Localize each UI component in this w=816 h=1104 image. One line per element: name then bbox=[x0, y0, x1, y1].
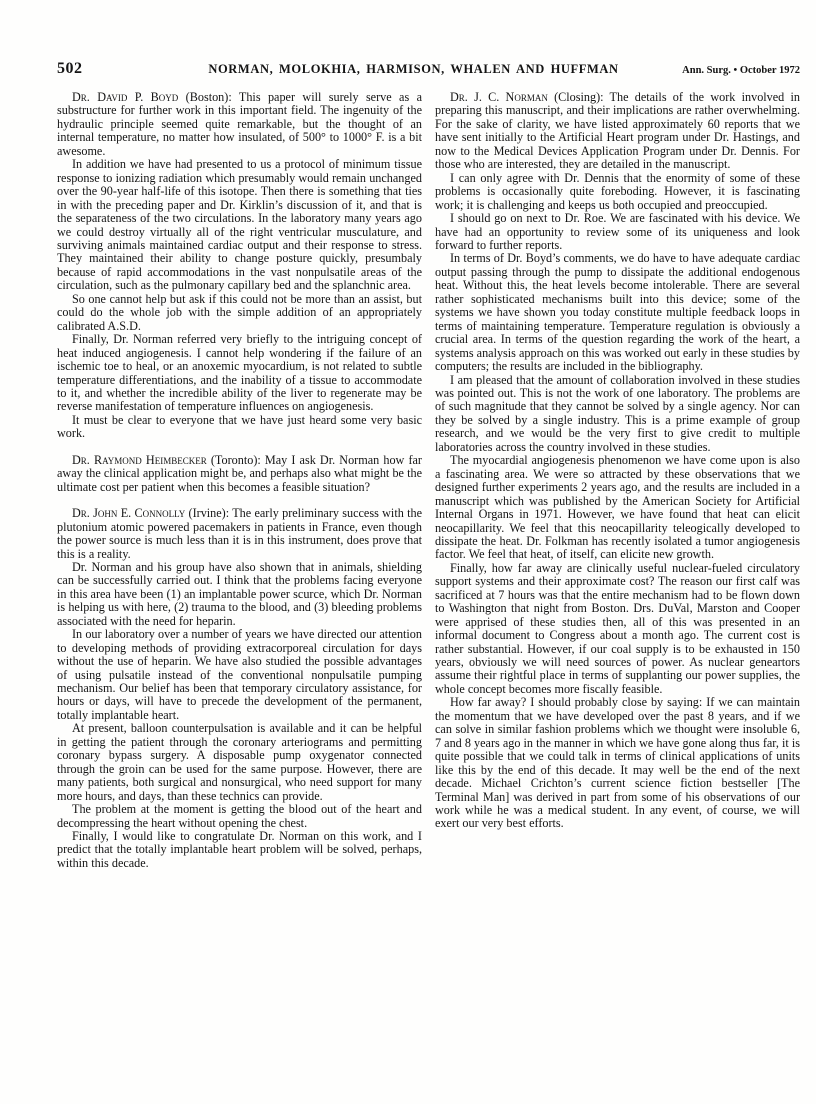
paragraph: In addition we have had presented to us … bbox=[57, 158, 422, 293]
paragraph-text: Finally, how far away are clinically use… bbox=[435, 561, 800, 696]
paragraph-text: Finally, I would like to congratulate Dr… bbox=[57, 829, 422, 870]
page-number: 502 bbox=[57, 60, 167, 78]
page-header: 502 NORMAN, MOLOKHIA, HARMISON, WHALEN A… bbox=[57, 60, 800, 78]
journal-citation: Ann. Surg. • October 1972 bbox=[660, 65, 800, 76]
paragraph: Dr. Norman and his group have also shown… bbox=[57, 561, 422, 628]
paragraph-text: In addition we have had presented to us … bbox=[57, 157, 422, 292]
speaker-name: Dr. J. C. Norman bbox=[450, 90, 548, 104]
discussion-entry-norman-closing: Dr. J. C. Norman (Closing): The details … bbox=[435, 91, 800, 172]
paragraph-text: At present, balloon counterpulsation is … bbox=[57, 721, 422, 802]
discussion-entry-heimbecker: Dr. Raymond Heimbecker (Toronto): May I … bbox=[57, 454, 422, 494]
speaker-name: Dr. John E. Connolly bbox=[72, 506, 185, 520]
paragraph: In terms of Dr. Boyd’s comments, we do h… bbox=[435, 252, 800, 373]
paragraph: So one cannot help but ask if this could… bbox=[57, 293, 422, 333]
paragraph: I can only agree with Dr. Dennis that th… bbox=[435, 172, 800, 212]
paragraph: At present, balloon counterpulsation is … bbox=[57, 722, 422, 803]
paragraph-text: Dr. Norman and his group have also shown… bbox=[57, 560, 422, 628]
paragraph-text: How far away? I should probably close by… bbox=[435, 695, 800, 830]
paragraph-text: So one cannot help but ask if this could… bbox=[57, 292, 422, 333]
paragraph: The problem at the moment is getting the… bbox=[57, 803, 422, 830]
paragraph-text: I can only agree with Dr. Dennis that th… bbox=[435, 171, 800, 212]
left-column: Dr. David P. Boyd (Boston): This paper w… bbox=[57, 91, 422, 870]
paragraph: Finally, Dr. Norman referred very briefl… bbox=[57, 333, 422, 414]
right-column: Dr. J. C. Norman (Closing): The details … bbox=[435, 91, 800, 870]
paragraph: I am pleased that the amount of collabor… bbox=[435, 374, 800, 455]
two-column-body: Dr. David P. Boyd (Boston): This paper w… bbox=[57, 91, 800, 870]
paragraph: Finally, I would like to congratulate Dr… bbox=[57, 830, 422, 870]
discussion-entry-boyd: Dr. David P. Boyd (Boston): This paper w… bbox=[57, 91, 422, 158]
paragraph: I should go on next to Dr. Roe. We are f… bbox=[435, 212, 800, 252]
discussion-entry-connolly: Dr. John E. Connolly (Irvine): The early… bbox=[57, 507, 422, 561]
paragraph: The myocardial angiogenesis phenomenon w… bbox=[435, 454, 800, 562]
running-title: NORMAN, MOLOKHIA, HARMISON, WHALEN AND H… bbox=[167, 62, 660, 77]
speaker-name: Dr. Raymond Heimbecker bbox=[72, 453, 207, 467]
paragraph: Finally, how far away are clinically use… bbox=[435, 562, 800, 697]
paragraph-text: The problem at the moment is getting the… bbox=[57, 802, 422, 829]
paragraph-text: In our laboratory over a number of years… bbox=[57, 627, 422, 722]
paragraph: In our laboratory over a number of years… bbox=[57, 628, 422, 722]
paragraph-text: In terms of Dr. Boyd’s comments, we do h… bbox=[435, 251, 800, 373]
paragraph: It must be clear to everyone that we hav… bbox=[57, 414, 422, 441]
speaker-name: Dr. David P. Boyd bbox=[72, 90, 178, 104]
paragraph-text: It must be clear to everyone that we hav… bbox=[57, 413, 422, 440]
paragraph-text: I should go on next to Dr. Roe. We are f… bbox=[435, 211, 800, 252]
paragraph-text: The myocardial angiogenesis phenomenon w… bbox=[435, 453, 800, 561]
journal-page: 502 NORMAN, MOLOKHIA, HARMISON, WHALEN A… bbox=[0, 0, 816, 1104]
paragraph-text: Finally, Dr. Norman referred very briefl… bbox=[57, 332, 422, 413]
paragraph: How far away? I should probably close by… bbox=[435, 696, 800, 831]
paragraph-text: I am pleased that the amount of collabor… bbox=[435, 373, 800, 454]
